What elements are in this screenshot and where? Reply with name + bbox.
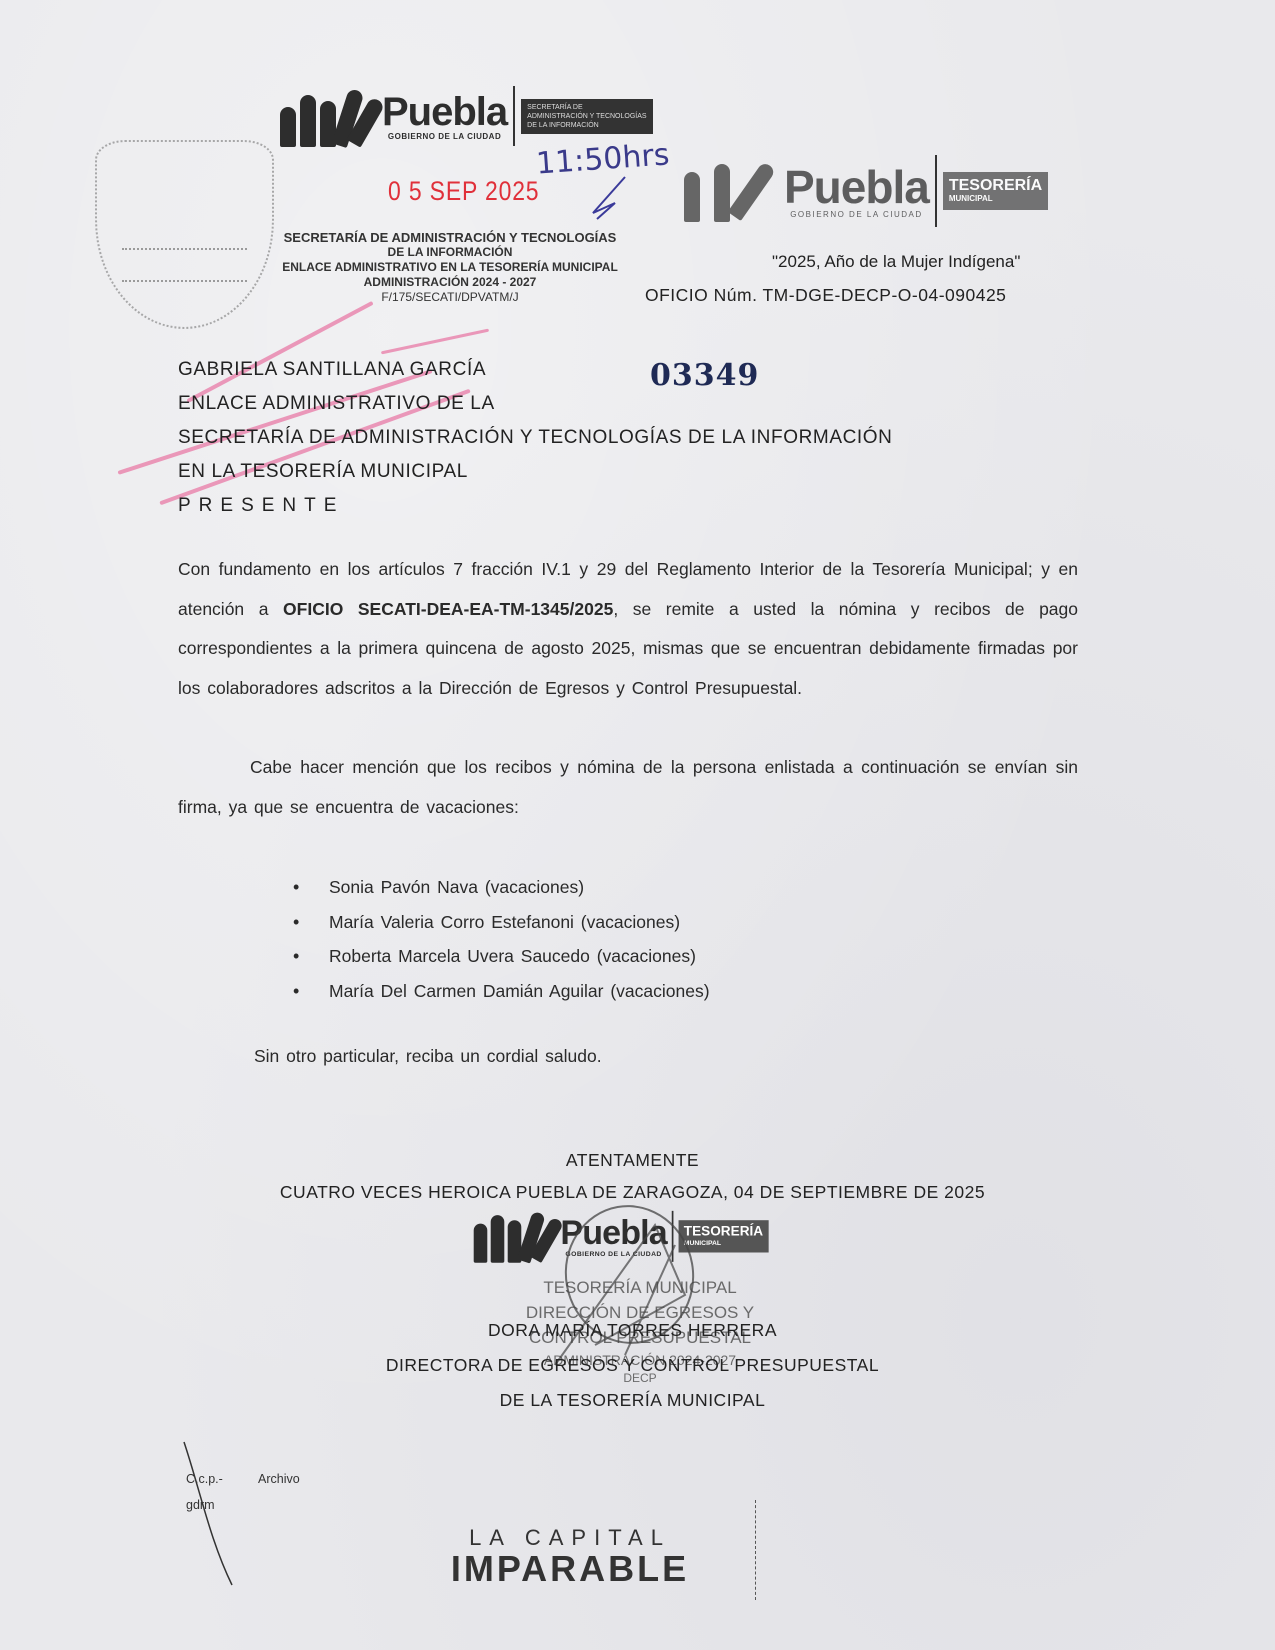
- body-paragraph-1: Con fundamento en los artículos 7 fracci…: [178, 550, 1078, 708]
- footer-divider: [755, 1500, 757, 1600]
- brand-line-2: IMPARABLE: [420, 1551, 720, 1587]
- year-motto: "2025, Año de la Mujer Indígena": [772, 252, 1020, 272]
- oficio-number: OFICIO Núm. TM-DGE-DECP-O-04-090425: [645, 285, 1006, 306]
- logo-wordmark: Puebla: [382, 92, 507, 132]
- addressee-title-1: ENLACE ADMINISTRATIVO DE LA: [178, 387, 893, 421]
- logo-subtitle: GOBIERNO DE LA CIUDAD: [790, 210, 922, 219]
- list-item: María Del Carmen Damián Aguilar (vacacio…: [293, 974, 710, 1009]
- place-date: CUATRO VECES HEROICA PUEBLA DE ZARAGOZA,…: [0, 1182, 1265, 1203]
- presente-label: PRESENTE: [178, 489, 893, 523]
- puebla-emblem-icon: [680, 160, 780, 222]
- atentamente-label: ATENTAMENTE: [0, 1150, 1265, 1171]
- addressee-title-2: SECRETARÍA DE ADMINISTRACIÓN Y TECNOLOGÍ…: [178, 421, 893, 455]
- tesoreria-box: TESORERÍA MUNICIPAL: [943, 172, 1048, 210]
- secati-box: SECRETARÍA DE ADMINISTRACIÓN Y TECNOLOGÍ…: [521, 99, 652, 134]
- la-capital-imparable-brand: LA CAPITAL IMPARABLE: [420, 1525, 720, 1587]
- vacation-list: Sonia Pavón Nava (vacaciones) María Vale…: [293, 870, 710, 1008]
- body-paragraph-2: Cabe hacer mención que los recibos y nóm…: [178, 748, 1078, 827]
- left-puebla-logo: Puebla GOBIERNO DE LA CIUDAD SECRETARÍA …: [278, 85, 653, 147]
- addressee-block: GABRIELA SANTILLANA GARCÍA ENLACE ADMINI…: [178, 353, 893, 523]
- addressee-title-3: EN LA TESORERÍA MUNICIPAL: [178, 455, 893, 489]
- signature-strokes-icon: [535, 1205, 725, 1375]
- logo-subtitle: GOBIERNO DE LA CIUDAD: [388, 132, 501, 141]
- puebla-emblem-icon: [278, 85, 378, 147]
- received-date-stamp: 0 5 SEP 2025: [388, 176, 539, 207]
- referenced-oficio: OFICIO SECATI-DEA-EA-TM-1345/2025: [283, 599, 613, 619]
- signer-department: DE LA TESORERÍA MUNICIPAL: [0, 1390, 1265, 1411]
- signer-title: DIRECTORA DE EGRESOS Y CONTROL PRESUPUES…: [0, 1355, 1265, 1376]
- addressee-name: GABRIELA SANTILLANA GARCÍA: [178, 353, 893, 387]
- signer-name: DORA MARÍA TORRES HERRERA: [0, 1320, 1265, 1341]
- folio-stamp: 03349: [650, 358, 759, 393]
- right-tesoreria-logo: Puebla GOBIERNO DE LA CIUDAD TESORERÍA M…: [680, 155, 1048, 227]
- list-item: Sonia Pavón Nava (vacaciones): [293, 870, 710, 905]
- list-item: María Valeria Corro Estefanoni (vacacion…: [293, 905, 710, 940]
- closing-line: Sin otro particular, reciba un cordial s…: [254, 1037, 602, 1077]
- handwritten-initial-icon: [585, 175, 630, 220]
- secati-reception-stamp: SECRETARÍA DE ADMINISTRACIÓN Y TECNOLOGÍ…: [275, 230, 625, 305]
- ccp-value: Archivo: [258, 1472, 300, 1486]
- logo-wordmark: Puebla: [784, 164, 929, 210]
- pen-stroke-icon: [180, 1440, 240, 1590]
- list-item: Roberta Marcela Uvera Saucedo (vacacione…: [293, 939, 710, 974]
